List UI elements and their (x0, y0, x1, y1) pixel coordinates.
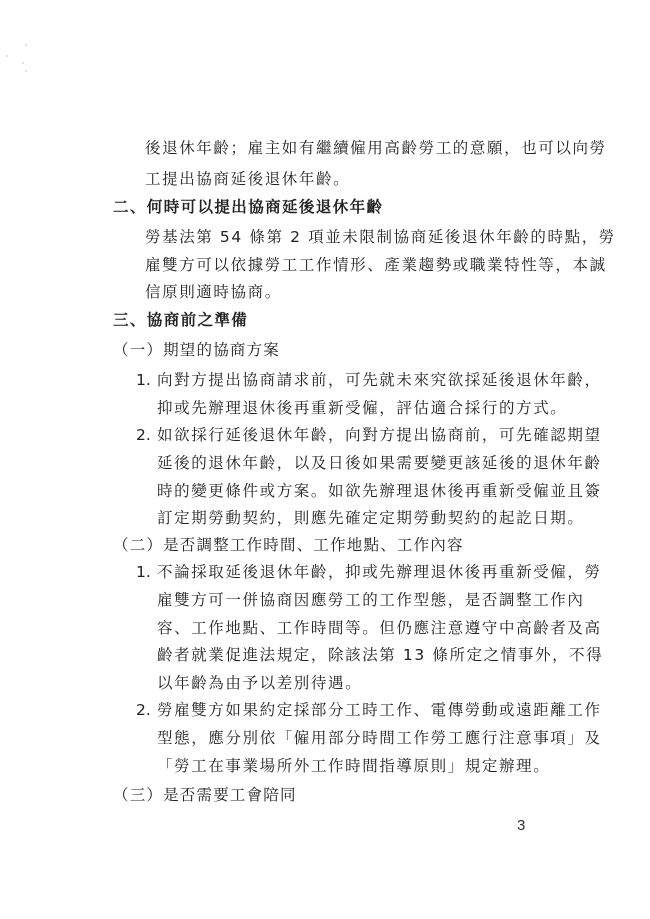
subsection-heading: （三）是否需要工會陪同 (113, 785, 297, 805)
list-item-line: 勞雇雙方如果約定採部分工時工作、電傳勞動或遠距離工作 (157, 700, 602, 720)
section-heading: 三、協商前之準備 (113, 310, 248, 330)
list-item-line: 雇雙方可一併協商因應勞工的工作型態，是否調整工作內 (157, 590, 585, 610)
body-text-line: 勞基法第 54 條第 2 項並未限制協商延後退休年齡的時點，勞 (145, 227, 616, 247)
page-number: 3 (517, 817, 525, 834)
list-item-line: 「勞工在事業場所外工作時間指導原則」規定辦理。 (157, 756, 550, 776)
subsection-heading: （一）期望的協商方案 (113, 340, 280, 360)
list-item-line: 延後的退休年齡，以及日後如果需要變更該延後的退休年齡 (157, 453, 602, 473)
scan-speck (6, 55, 8, 57)
scan-speck (25, 70, 27, 72)
list-number: 2. (136, 700, 151, 720)
list-item-line: 訂定期勞動契約，則應先確定定期勞動契約的起訖日期。 (157, 508, 585, 528)
list-item-line: 向對方提出協商請求前，可先就未來究欲採延後退休年齡， (157, 370, 602, 390)
list-item-line: 不論採取延後退休年齡，抑或先辦理退休後再重新受僱，勞 (157, 562, 602, 582)
list-item-line: 型態，應分別依「僱用部分時間工作勞工應行注意事項」及 (157, 728, 602, 748)
scan-speck (25, 44, 27, 46)
body-text-line: 雇雙方可以依據勞工工作情形、產業趨勢或職業特性等，本誠 (145, 255, 607, 275)
list-number: 1. (136, 562, 151, 582)
list-item-line: 以年齡為由予以差別待遇。 (157, 673, 362, 693)
list-number: 1. (136, 370, 151, 390)
subsection-heading: （二）是否調整工作時間、工作地點、工作內容 (113, 535, 464, 555)
list-item-line: 抑或先辦理退休後再重新受僱，評估適合採行的方式。 (157, 398, 567, 418)
body-text-line: 信原則適時協商。 (145, 282, 282, 302)
list-item-line: 容、工作地點、工作時間等。但仍應注意遵守中高齡者及高 (157, 618, 602, 638)
list-item-line: 如欲採行延後退休年齡，向對方提出協商前，可先確認期望 (157, 425, 602, 445)
list-item-line: 齡者就業促進法規定，除該法第 13 條所定之情事外，不得 (157, 645, 603, 665)
scan-speck (22, 62, 24, 64)
list-number: 2. (136, 425, 151, 445)
body-text-line: 後退休年齡；雇主如有繼續僱用高齡勞工的意願，也可以向勞 (145, 138, 607, 158)
list-item-line: 時的變更條件或方案。如欲先辦理退休後再重新受僱並且簽 (157, 481, 602, 501)
section-heading: 二、何時可以提出協商延後退休年齡 (113, 197, 383, 217)
body-text-line: 工提出協商延後退休年齡。 (145, 169, 350, 189)
document-page: 後退休年齡；雇主如有繼續僱用高齡勞工的意願，也可以向勞 工提出協商延後退休年齡。… (0, 0, 650, 919)
